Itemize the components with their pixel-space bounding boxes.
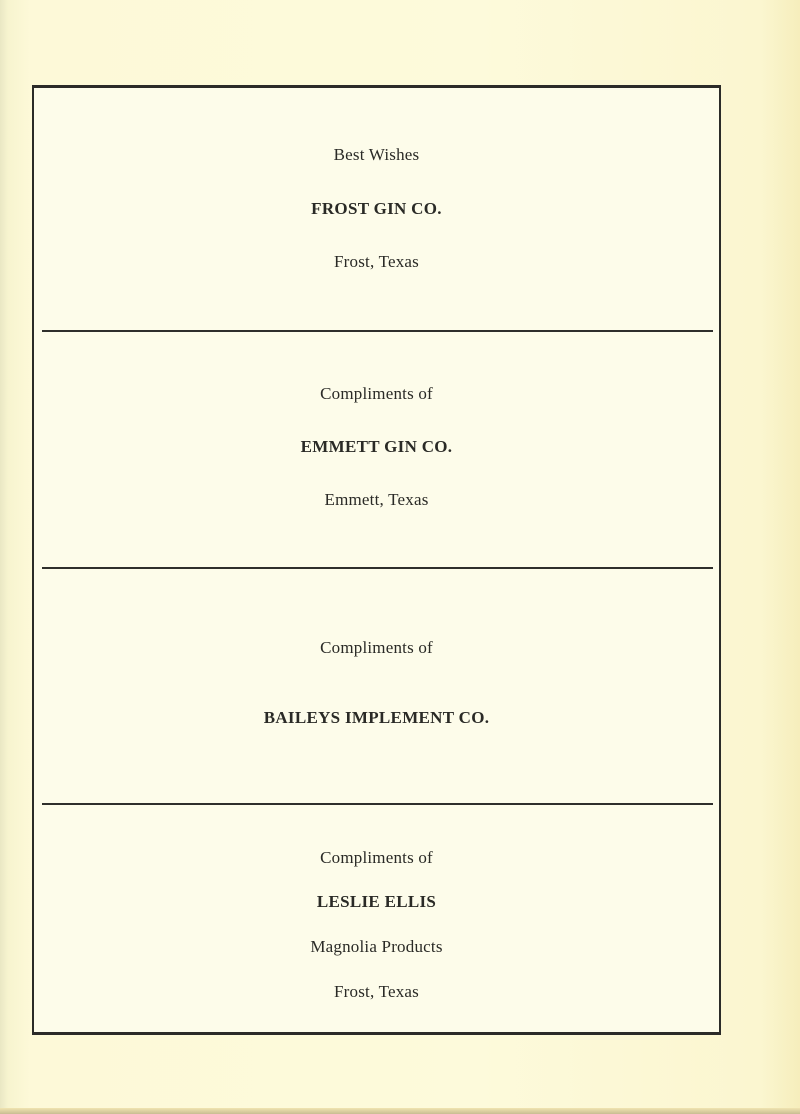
ad-location: Emmett, Texas (34, 490, 719, 510)
ad-location: Frost, Texas (34, 252, 719, 272)
ad-leslie-ellis: Compliments of LESLIE ELLIS Magnolia Pro… (34, 805, 719, 1035)
ad-greeting: Compliments of (34, 638, 719, 658)
ad-business-name: LESLIE ELLIS (34, 892, 719, 912)
ad-baileys-implement: Compliments of BAILEYS IMPLEMENT CO. (34, 569, 719, 803)
page-bottom-edge (0, 1108, 800, 1114)
ad-greeting: Compliments of (34, 384, 719, 404)
ad-business-name: BAILEYS IMPLEMENT CO. (34, 708, 719, 728)
ad-emmett-gin: Compliments of EMMETT GIN CO. Emmett, Te… (34, 332, 719, 568)
ad-greeting: Compliments of (34, 848, 719, 868)
ad-frost-gin: Best Wishes FROST GIN CO. Frost, Texas (34, 88, 719, 330)
ad-greeting: Best Wishes (34, 145, 719, 165)
advertisement-frame: Best Wishes FROST GIN CO. Frost, Texas C… (32, 85, 721, 1035)
ad-product-line: Magnolia Products (34, 937, 719, 957)
ad-location: Frost, Texas (34, 982, 719, 1002)
ad-business-name: EMMETT GIN CO. (34, 437, 719, 457)
ad-business-name: FROST GIN CO. (34, 199, 719, 219)
